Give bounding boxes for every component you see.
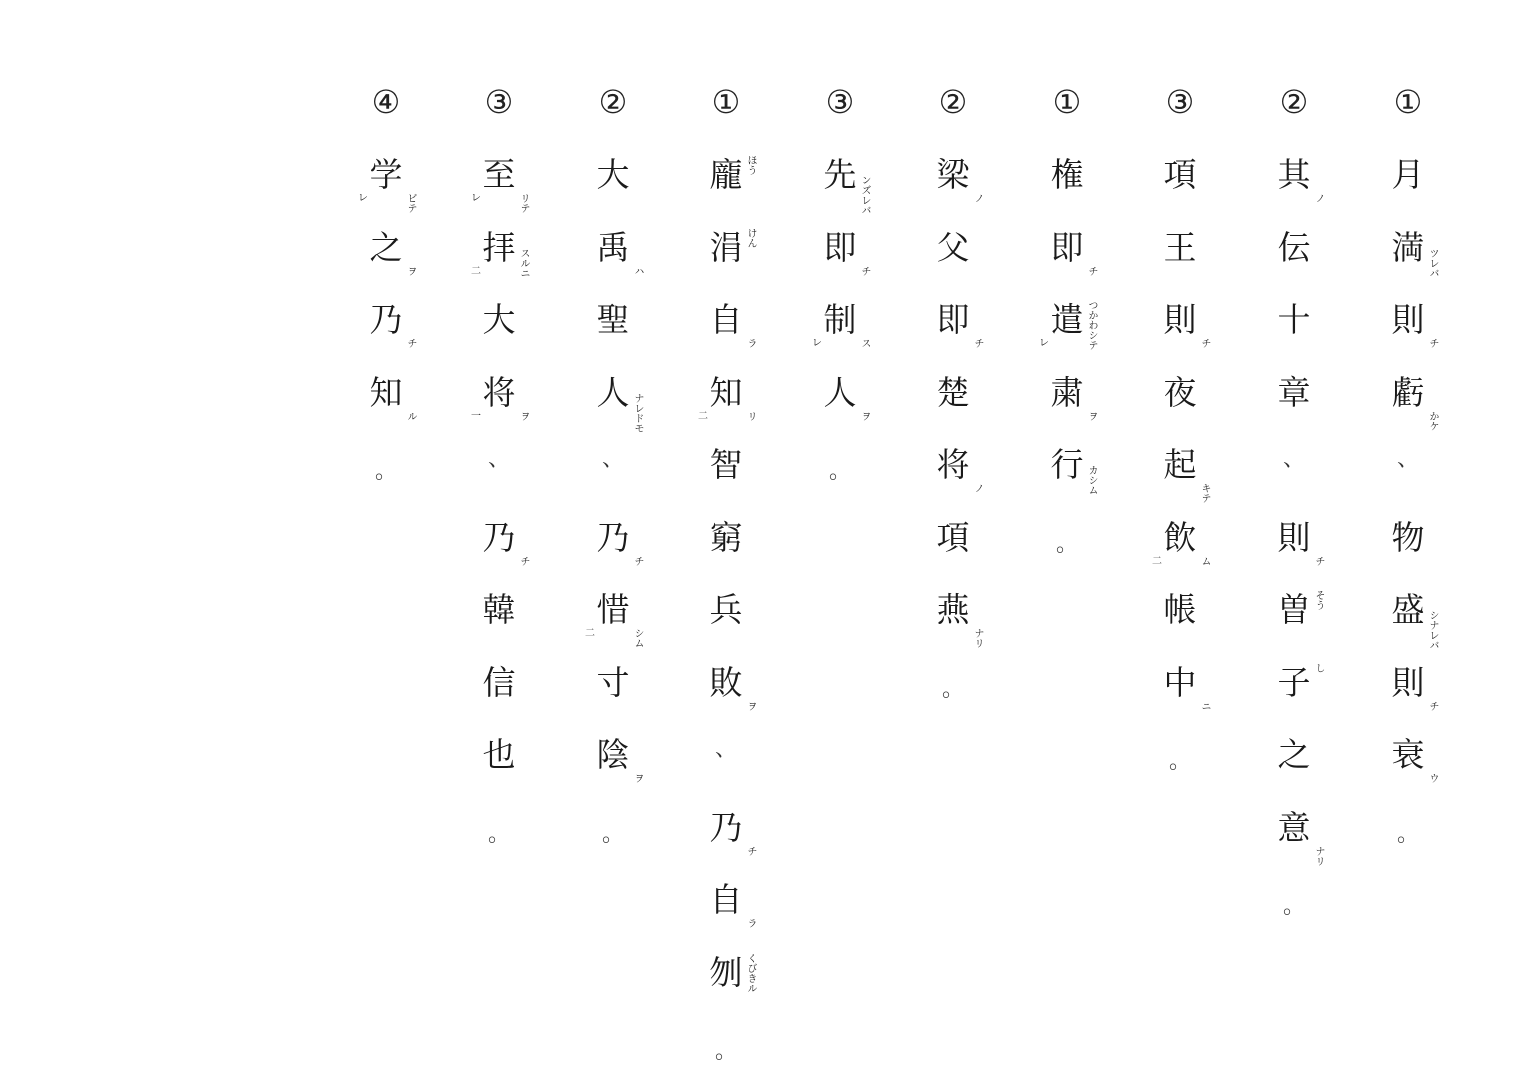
kanji: 之	[366, 228, 406, 268]
okurigana: チ	[1426, 338, 1438, 348]
okurigana: チ	[1085, 266, 1097, 276]
kanji-cell: 窮	[696, 518, 756, 578]
kanji: 禹	[593, 228, 633, 268]
kanji-cell: 月	[1378, 155, 1438, 215]
punctuation-mark: 。	[479, 820, 519, 850]
kanji: 意	[1274, 808, 1314, 848]
okurigana: ツレバ	[1426, 248, 1438, 278]
kanji-cell: 乃チ	[469, 518, 529, 578]
okurigana: リテ	[517, 193, 529, 213]
kanji-cell: 飲ム二	[1150, 518, 1210, 578]
okurigana: チ	[517, 556, 529, 566]
kanji-cell: 自ラ	[696, 880, 756, 940]
kanji-cell: 知ル	[356, 373, 416, 433]
kanji: 飲	[1160, 518, 1200, 558]
punctuation: 。	[696, 1025, 756, 1085]
okurigana: リ	[744, 411, 756, 421]
okurigana: カシム	[1085, 465, 1097, 495]
sentence-column-7: ①龐ほう涓けん自ラ知リ二智窮兵敗ヲ、乃チ自ラ刎くびきル。	[696, 0, 756, 1087]
item-number: ①	[1037, 82, 1097, 122]
okurigana: ウ	[1426, 773, 1438, 783]
kanji: 即	[933, 300, 973, 340]
punctuation: 。	[1150, 735, 1210, 795]
punctuation: 。	[356, 445, 416, 505]
kanji-cell: 即チ	[1037, 228, 1097, 288]
okurigana: チ	[744, 846, 756, 856]
punctuation-mark: 。	[933, 675, 973, 705]
punctuation-mark: 。	[1160, 747, 1200, 777]
kanji-cell: 涓けん	[696, 228, 756, 288]
punctuation: 。	[810, 445, 870, 505]
kanji-cell: 中ニ	[1150, 663, 1210, 723]
kanji: 智	[706, 445, 746, 485]
kanji-cell: 乃チ	[356, 300, 416, 360]
kanji-cell: 意ナリ	[1264, 808, 1324, 868]
kanji-cell: 則チ	[1378, 300, 1438, 360]
okurigana: ナレドモ	[631, 393, 643, 433]
punctuation-mark: 。	[366, 457, 406, 487]
kanji: 韓	[479, 590, 519, 630]
kanji: 月	[1388, 155, 1428, 195]
kanji-cell: 王	[1150, 228, 1210, 288]
kanji: 学	[366, 155, 406, 195]
kanji-cell: 兵	[696, 590, 756, 650]
kanji-cell: 則チ	[1264, 518, 1324, 578]
kanji: 章	[1274, 373, 1314, 413]
kanji-cell: 衰ウ	[1378, 735, 1438, 795]
item-number: ④	[356, 82, 416, 122]
kanji: 拝	[479, 228, 519, 268]
kanji: 粛	[1047, 373, 1087, 413]
punctuation-mark: 。	[1274, 892, 1314, 922]
okurigana: ナリ	[1312, 846, 1324, 866]
okurigana: ム	[1198, 556, 1210, 566]
kanji: 窮	[706, 518, 746, 558]
okurigana: ラ	[744, 918, 756, 928]
kaeriten-mark: 二	[471, 266, 481, 277]
kanji-cell: 人ヲ	[810, 373, 870, 433]
furigana: そう	[1312, 590, 1324, 610]
kanji-cell: 虧かケ	[1378, 373, 1438, 433]
okurigana: かケ	[1426, 411, 1438, 431]
item-number: ①	[1378, 82, 1438, 122]
okurigana: ノ	[971, 483, 983, 493]
kanji: 人	[820, 373, 860, 413]
kanji: 物	[1388, 518, 1428, 558]
kanji: 大	[593, 155, 633, 195]
sentence-column-10: ④学ビテレ之ヲ乃チ知ル。	[356, 0, 416, 1087]
kanji-cell: 燕ナリ	[923, 590, 983, 650]
furigana: し	[1312, 663, 1324, 673]
kanji: 刎	[706, 953, 746, 993]
kanji-cell: 即チ	[923, 300, 983, 360]
item-number: ②	[923, 82, 983, 122]
okurigana: ヲ	[517, 411, 529, 421]
item-number: ③	[810, 82, 870, 122]
kanji: 聖	[593, 300, 633, 340]
kanji: 大	[479, 300, 519, 340]
sentence-column-3: ③項王則チ夜起キテ飲ム二帳中ニ。	[1150, 0, 1210, 1087]
sentence-column-9: ③至リテレ拝スルニ二大将ヲ一、乃チ韓信也。	[469, 0, 529, 1087]
okurigana: チ	[858, 266, 870, 276]
item-number: ①	[696, 82, 756, 122]
punctuation-mark: 。	[706, 1037, 746, 1067]
kanji-cell: 智	[696, 445, 756, 505]
kanji: 将	[933, 445, 973, 485]
kanji-cell: 龐ほう	[696, 155, 756, 215]
kanji-cell: 之	[1264, 735, 1324, 795]
okurigana: チ	[404, 338, 416, 348]
punctuation: 、	[583, 445, 643, 505]
sentence-column-1: ①月満ツレバ則チ虧かケ、物盛シナレバ則チ衰ウ。	[1378, 0, 1438, 1087]
okurigana: シナレバ	[1426, 610, 1438, 650]
kanji-cell: 乃チ	[696, 808, 756, 868]
kanji-cell: 則チ	[1150, 300, 1210, 360]
kanji: 曽	[1274, 590, 1314, 630]
kanji: 知	[706, 373, 746, 413]
punctuation: 、	[1378, 445, 1438, 505]
punctuation: 。	[469, 808, 529, 868]
item-number: ③	[469, 82, 529, 122]
kanji-cell: 子し	[1264, 663, 1324, 723]
kanji: 先	[820, 155, 860, 195]
kanji-cell: 項	[923, 518, 983, 578]
kanji: 起	[1160, 445, 1200, 485]
kaeriten-mark: レ	[1039, 338, 1049, 349]
kanji: 自	[706, 300, 746, 340]
kanji: 父	[933, 228, 973, 268]
kanji: 子	[1274, 663, 1314, 703]
kanji-cell: 帳	[1150, 590, 1210, 650]
kanji-cell: 則チ	[1378, 663, 1438, 723]
punctuation: 、	[696, 735, 756, 795]
kanji-cell: 盛シナレバ	[1378, 590, 1438, 650]
kanji: 楚	[933, 373, 973, 413]
kaeriten-mark: 二	[698, 411, 708, 422]
kanji-cell: 自ラ	[696, 300, 756, 360]
punctuation: 。	[1264, 880, 1324, 940]
kanji: 乃	[706, 808, 746, 848]
kanji: 遣	[1047, 300, 1087, 340]
kanji-cell: 寸	[583, 663, 643, 723]
kanji-cell: 夜	[1150, 373, 1210, 433]
punctuation-mark: 、	[479, 445, 519, 475]
kanji: 盛	[1388, 590, 1428, 630]
kanji-cell: 章	[1264, 373, 1324, 433]
kanji-cell: 即チ	[810, 228, 870, 288]
kanji-cell: 粛ヲ	[1037, 373, 1097, 433]
kanji: 則	[1388, 663, 1428, 703]
kaeriten-mark: レ	[812, 338, 822, 349]
kanji-cell: 大	[469, 300, 529, 360]
okurigana: ナリ	[971, 628, 983, 648]
kanji-cell: 父	[923, 228, 983, 288]
kanji: 龐	[706, 155, 746, 195]
kanji-cell: 十	[1264, 300, 1324, 360]
kanji: 陰	[593, 735, 633, 775]
kanji: 其	[1274, 155, 1314, 195]
kanji: 乃	[479, 518, 519, 558]
sentence-column-5: ②梁ノ父即チ楚将ノ項燕ナリ。	[923, 0, 983, 1087]
kanji: 至	[479, 155, 519, 195]
kanji: 燕	[933, 590, 973, 630]
okurigana: ヲ	[404, 266, 416, 276]
item-number: ②	[1264, 82, 1324, 122]
punctuation: 、	[1264, 445, 1324, 505]
kanji: 行	[1047, 445, 1087, 485]
kanji: 乃	[593, 518, 633, 558]
okurigana: ラ	[744, 338, 756, 348]
okurigana: ヲ	[1085, 411, 1097, 421]
kanji-cell: 其ノ	[1264, 155, 1324, 215]
okurigana: スルニ	[517, 248, 529, 278]
kanji: 中	[1160, 663, 1200, 703]
punctuation: 。	[923, 663, 983, 723]
sentence-column-4: ①権即チ遣つかわシテレ粛ヲ行カシム。	[1037, 0, 1097, 1087]
kanji: 帳	[1160, 590, 1200, 630]
kanji-cell: 行カシム	[1037, 445, 1097, 505]
kaeriten-mark: 二	[1152, 556, 1162, 567]
kanji: 則	[1160, 300, 1200, 340]
kanji: 項	[1160, 155, 1200, 195]
punctuation-mark: 。	[820, 457, 860, 487]
punctuation-mark: 、	[1274, 445, 1314, 475]
okurigana: ニ	[1198, 701, 1210, 711]
kanji: 将	[479, 373, 519, 413]
punctuation-mark: 、	[1388, 445, 1428, 475]
okurigana: ノ	[971, 193, 983, 203]
kanji-cell: 満ツレバ	[1378, 228, 1438, 288]
kaeriten-mark: 二	[585, 628, 595, 639]
kanji: 項	[933, 518, 973, 558]
okurigana: ヲ	[858, 411, 870, 421]
okurigana: シム	[631, 628, 643, 648]
kanji-cell: 人ナレドモ	[583, 373, 643, 433]
kanji: 乃	[366, 300, 406, 340]
kanji: 制	[820, 300, 860, 340]
kanji: 梁	[933, 155, 973, 195]
kanji-cell: 知リ二	[696, 373, 756, 433]
sentence-column-8: ②大禹ハ聖人ナレドモ、乃チ惜シム二寸陰ヲ。	[583, 0, 643, 1087]
furigana: けん	[744, 228, 756, 248]
punctuation-mark: 、	[706, 735, 746, 765]
kanji: 王	[1160, 228, 1200, 268]
kanji-cell: 項	[1150, 155, 1210, 215]
kanji: 敗	[706, 663, 746, 703]
kanji-cell: 乃チ	[583, 518, 643, 578]
kanji: 人	[593, 373, 633, 413]
kaeriten-mark: 一	[471, 411, 481, 422]
kanji: 之	[1274, 735, 1314, 775]
kanji: 信	[479, 663, 519, 703]
okurigana: ヲ	[631, 773, 643, 783]
okurigana: チ	[971, 338, 983, 348]
punctuation: 。	[1037, 518, 1097, 578]
kanji-cell: 梁ノ	[923, 155, 983, 215]
kanji: 権	[1047, 155, 1087, 195]
kanji-cell: 至リテレ	[469, 155, 529, 215]
kanji-cell: 制スレ	[810, 300, 870, 360]
kanji-cell: 也	[469, 735, 529, 795]
kanji-cell: 韓	[469, 590, 529, 650]
kanji-cell: 伝	[1264, 228, 1324, 288]
sentence-column-2: ②其ノ伝十章、則チ曽そう子し之意ナリ。	[1264, 0, 1324, 1087]
kanji-cell: 惜シム二	[583, 590, 643, 650]
kanji: 寸	[593, 663, 633, 703]
kanji: 夜	[1160, 373, 1200, 413]
okurigana: ビテ	[404, 193, 416, 213]
kanji-cell: 将ノ	[923, 445, 983, 505]
okurigana: キテ	[1198, 483, 1210, 503]
item-number: ②	[583, 82, 643, 122]
okurigana: ヲ	[744, 701, 756, 711]
kanji-cell: 物	[1378, 518, 1438, 578]
okurigana: チ	[1312, 556, 1324, 566]
kanji: 即	[820, 228, 860, 268]
kanji: 即	[1047, 228, 1087, 268]
kanji-cell: 学ビテレ	[356, 155, 416, 215]
kanji-cell: 陰ヲ	[583, 735, 643, 795]
kanji: 則	[1274, 518, 1314, 558]
kanji: 涓	[706, 228, 746, 268]
punctuation: 。	[583, 808, 643, 868]
kanji: 満	[1388, 228, 1428, 268]
sentence-column-6: ③先ンズレバ即チ制スレ人ヲ。	[810, 0, 870, 1087]
kanji-cell: 敗ヲ	[696, 663, 756, 723]
kanji: 也	[479, 735, 519, 775]
kanji: 自	[706, 880, 746, 920]
furigana: ほう	[744, 155, 756, 175]
punctuation-mark: 。	[1388, 820, 1428, 850]
kanji-cell: 之ヲ	[356, 228, 416, 288]
kanji-cell: 楚	[923, 373, 983, 433]
kanji-cell: 大	[583, 155, 643, 215]
kanji: 兵	[706, 590, 746, 630]
kanji: 惜	[593, 590, 633, 630]
furigana: つかわシテ	[1085, 300, 1097, 350]
kanji: 衰	[1388, 735, 1428, 775]
item-number: ③	[1150, 82, 1210, 122]
kanji-cell: 遣つかわシテレ	[1037, 300, 1097, 360]
punctuation: 。	[1378, 808, 1438, 868]
kanji: 伝	[1274, 228, 1314, 268]
kaeriten-mark: レ	[471, 193, 481, 204]
kanji-cell: 権	[1037, 155, 1097, 215]
furigana: くびきル	[744, 953, 756, 993]
okurigana: ノ	[1312, 193, 1324, 203]
kanji-cell: 先ンズレバ	[810, 155, 870, 215]
kanji-cell: 拝スルニ二	[469, 228, 529, 288]
kanji-cell: 将ヲ一	[469, 373, 529, 433]
kanji-cell: 聖	[583, 300, 643, 360]
kaeriten-mark: レ	[358, 193, 368, 204]
punctuation: 、	[469, 445, 529, 505]
kanji: 知	[366, 373, 406, 413]
okurigana: ンズレバ	[858, 175, 870, 215]
kanji-cell: 刎くびきル	[696, 953, 756, 1013]
kanji-cell: 曽そう	[1264, 590, 1324, 650]
kanji-cell: 信	[469, 663, 529, 723]
punctuation-mark: 、	[593, 445, 633, 475]
okurigana: ハ	[631, 266, 643, 276]
punctuation-mark: 。	[1047, 530, 1087, 560]
okurigana: チ	[1426, 701, 1438, 711]
kanji: 虧	[1388, 373, 1428, 413]
kanji-cell: 起キテ	[1150, 445, 1210, 505]
okurigana: チ	[631, 556, 643, 566]
okurigana: チ	[1198, 338, 1210, 348]
okurigana: ス	[858, 338, 870, 348]
kanji: 則	[1388, 300, 1428, 340]
okurigana: ル	[404, 411, 416, 421]
punctuation-mark: 。	[593, 820, 633, 850]
kanji: 十	[1274, 300, 1314, 340]
kanji-cell: 禹ハ	[583, 228, 643, 288]
